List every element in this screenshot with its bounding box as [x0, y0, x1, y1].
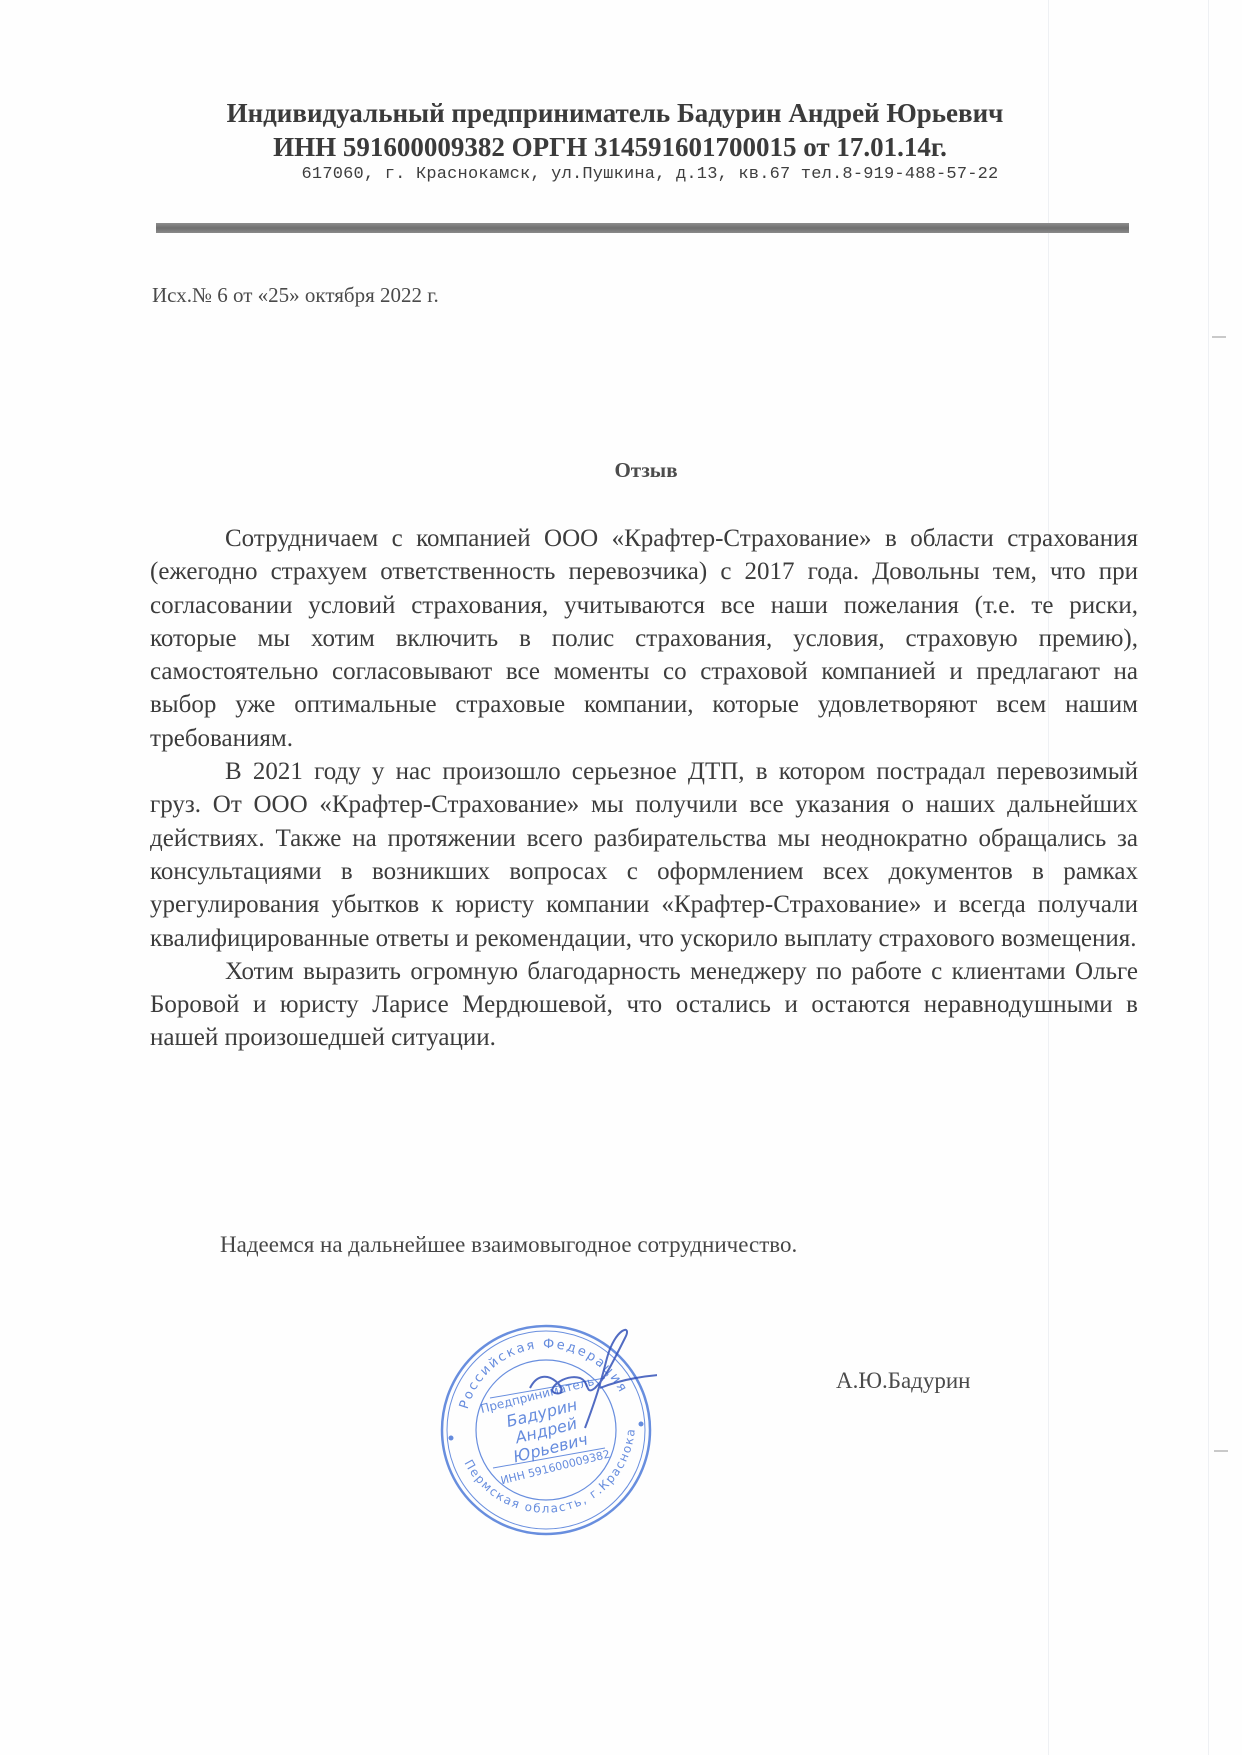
scan-margin-mark	[1212, 336, 1226, 338]
paragraph: В 2021 году у нас произошло серьезное ДТ…	[150, 755, 1138, 955]
scan-margin-mark	[1214, 1450, 1228, 1452]
letterhead-divider	[156, 223, 1129, 233]
stamp-seal-icon: Российская Федерация Предприниматель Бад…	[435, 1318, 657, 1538]
paragraph: Сотрудничаем с компанией ООО «Крафтер-Ст…	[150, 522, 1138, 755]
letterhead-address: 617060, г. Краснокамск, ул.Пушкина, д.13…	[150, 164, 1050, 186]
letterhead-name: Индивидуальный предприниматель Бадурин А…	[150, 96, 1050, 130]
document-title: Отзыв	[0, 458, 1242, 483]
signer-name: А.Ю.Бадурин	[836, 1368, 971, 1394]
scan-artifact-line	[1208, 0, 1209, 1755]
official-stamp: Российская Федерация Предприниматель Бад…	[435, 1318, 657, 1538]
letter-body: Сотрудничаем с компанией ООО «Крафтер-Ст…	[150, 522, 1138, 1055]
letterhead-registration: ИНН 591600009382 ОРГН 314591601700015 от…	[150, 130, 1050, 164]
letterhead: Индивидуальный предприниматель Бадурин А…	[150, 96, 1050, 186]
paragraph: Хотим выразить огромную благодарность ме…	[150, 955, 1138, 1055]
closing-line: Надеемся на дальнейшее взаимовыгодное со…	[220, 1232, 797, 1258]
outgoing-reference: Исх.№ 6 от «25» октября 2022 г.	[152, 283, 439, 308]
document-page: Индивидуальный предприниматель Бадурин А…	[0, 0, 1242, 1755]
